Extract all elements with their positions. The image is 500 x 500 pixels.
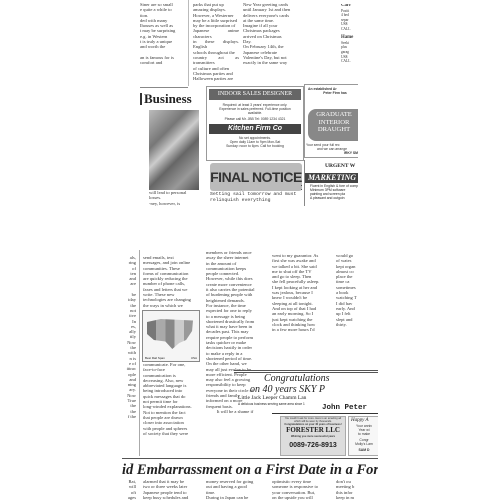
text-line: thirty. [336, 322, 378, 327]
article-column-2: members or friends once away the sheer i… [206, 250, 264, 456]
text-line: comfort and [140, 60, 184, 65]
ad-final-notice-title: FINAL NOTICE [210, 163, 302, 191]
article-headline: id Embarrassment on a First Date in a Fo… [122, 462, 378, 479]
ad-congrats-line3: Little Jack Leeper Chamm Lan [234, 395, 378, 402]
ad-happy-title: Happy A [349, 417, 378, 424]
ad-established-line2: Peter Firm has [305, 91, 358, 95]
section-divider [140, 87, 188, 88]
article-column-1: send emails, text messages, and join onl… [143, 255, 201, 310]
text-line: until January 1st and then [243, 7, 295, 12]
text-line: CALL [341, 59, 358, 64]
ad-divider [272, 413, 378, 414]
ad-forester-phone: 0089-726-8913 [281, 441, 345, 451]
article-column-1-continued: communicate. For one, face-to-face commu… [143, 362, 201, 462]
text-line: country act as transmitters [193, 55, 239, 66]
text-line: exactly in the same way [243, 60, 295, 65]
text-line: Halloween parties are [193, 76, 239, 81]
ad-congrats-line2: on 40 years SKY P [234, 384, 378, 395]
text-line: of society that they were [143, 431, 201, 436]
newspaper-page-top: Siner are so small e quite a while to ti… [140, 0, 358, 206]
ad-hours-sunday: Sunday: noon to 6pm. Call for booking [207, 144, 303, 148]
ad-requirements-list: Fluent in English & fore of computer Min… [305, 184, 358, 200]
text-line: in a few more hours I'd [272, 327, 330, 332]
text-line: SAM D [349, 448, 378, 452]
column-divider [188, 0, 189, 86]
ad-indoor-sales: INDOOR SALES DESIGNER Required: at least… [206, 86, 304, 161]
headline-article-col-3: optimistic every time someone is respons… [272, 479, 330, 500]
ad-title: INDOOR SALES DESIGNER [209, 89, 301, 100]
ad-congrats-line1: Congratulations [234, 373, 378, 384]
text-line: IRKY SM [306, 151, 358, 155]
text-line: It will be a shame if [206, 409, 264, 414]
headline-rule [122, 458, 378, 459]
ad-forester-sub: Wishing you more successful years [281, 435, 345, 438]
ad-happy-anniversary: Happy A Your anniv Year wi to make Congr… [348, 416, 378, 456]
list-item: A pleasant and outgoin [310, 196, 358, 200]
business-text: will lead to personal losses. -ney, howe… [149, 190, 199, 206]
headline-article-col-0: Rat, will oft ages ould [122, 479, 136, 500]
ad-marketing-title: MARKETING [305, 173, 358, 183]
ad-forester-title: FORESTER LLC [281, 426, 345, 435]
ad-body: Required: at least 3 years' experience o… [207, 102, 303, 116]
ad-contact: Please call Mr. JBB Tel: 0089 1234 4321 [207, 116, 303, 122]
classifieds-column: Carr Positi 4 bed separ US$ CALL Hame Se… [341, 4, 358, 84]
article-column-3: went to my guarantor. As first she was a… [272, 253, 330, 333]
usa-map-figure: Best Rail Span USA [142, 310, 200, 362]
article-column-4: would go of water. kept organ almost co … [336, 253, 378, 333]
ad-graduate-title: GRADUATE INTERIOR DRAUGHT [308, 109, 358, 141]
usa-map-shape [147, 319, 193, 349]
ad-congrats-name: John Peter [322, 404, 367, 412]
article-column-2: parks that put up amazing displays. Howe… [193, 2, 239, 87]
ad-title-kitchen: Kitchen Firm Co [209, 124, 301, 134]
business-photo [149, 110, 199, 190]
text-line: the ways in which we [143, 303, 201, 308]
newspaper-page-bottom: als, ring of ten and are be iday the not… [122, 250, 378, 500]
map-caption-left: Best Rail Span [145, 356, 165, 360]
headline-article-col-4: don't ou meeting b this infor keep in m … [336, 479, 378, 500]
article-column-1: Siner are so small e quite a while to ti… [140, 2, 184, 87]
text-line: f the [122, 414, 136, 419]
ad-forester: You couldn't ask for more. Here is an am… [280, 416, 346, 456]
column-divider [139, 250, 140, 456]
map-caption-right: USA [191, 356, 197, 360]
headline-article-col-2: money reserved for going out and having … [206, 479, 264, 500]
headline-article-col-1: alarmed that it may be two or three week… [143, 479, 201, 500]
article-column-3: New Year greeting cards until January 1s… [243, 2, 295, 87]
article-column-0: als, ring of ten and are be iday the not… [122, 255, 136, 455]
text-line: to make [349, 432, 378, 436]
text-line: in these displays. English [193, 39, 239, 50]
ad-urgent-heading: URGENT W [325, 163, 355, 169]
section-marker [140, 93, 142, 105]
ad-final-notice-subtitle: Setting sail tomorrow and must relinquis… [210, 192, 302, 203]
text-line: Japanese anime characters [193, 28, 239, 39]
ad-established-footer: Your send your full rec and we can arran… [306, 143, 358, 155]
section-heading-business: Business [144, 91, 192, 107]
text-line: Molly's Lam [349, 442, 378, 446]
